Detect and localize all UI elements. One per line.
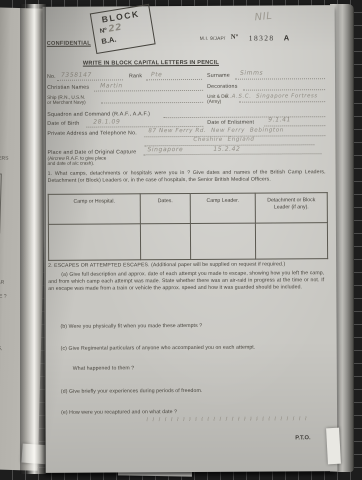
field-label-squadron: Squadron and Command (R.A.F., A.A.F.) (47, 111, 150, 118)
column-header-dates: Dates. (140, 193, 190, 223)
field-line (143, 153, 321, 155)
field-line (94, 90, 203, 92)
field-value-unit: R.A.S.C. Singapore Fortress (225, 93, 318, 100)
field-label-christian-names: Christian Names (47, 85, 89, 91)
form-instruction-heading: WRITE IN BLOCK CAPITAL LETTERS IN PENCIL (71, 60, 231, 67)
field-value-address-line1: 87 New Ferry Rd. New Ferry Bebington (148, 127, 284, 134)
field-line (101, 102, 203, 104)
field-line (243, 89, 325, 91)
camps-table-header-row: Camp or Hospital. Dates. Camp Leader. De… (48, 193, 327, 225)
field-value-christian-names: Martin (100, 82, 123, 89)
underpage-text-fragment: WAR (0, 279, 4, 285)
underpage-text-fragment: APE ? (0, 293, 7, 299)
field-value-no: 7358147 (61, 72, 92, 79)
nil-handwritten-note: NIL (254, 11, 273, 24)
field-line (264, 125, 325, 126)
field-label-date-of-enlistment: Date of Enlistment (207, 120, 254, 126)
faint-handwriting-scribble (145, 416, 307, 421)
page-fold-crease (20, 4, 46, 474)
reference-suffix: A (284, 33, 289, 42)
reference-prefix: M.I. 9/JAP/ (200, 37, 226, 43)
column-header-detachment-leader: Detachment or Block Leader (if any). (255, 193, 327, 223)
field-label-rank: Rank (129, 73, 142, 79)
section2-item-b: (b) Were you physically fit when you mad… (61, 323, 203, 331)
field-label-ship-2: or Merchant Navy) (47, 100, 86, 106)
field-line (57, 79, 123, 80)
section2-item-d: (d) Give briefly your experiences during… (61, 388, 202, 396)
field-line (146, 79, 202, 80)
field-line (239, 101, 325, 103)
section2-item-c2: What happened to them ? (73, 365, 135, 373)
field-line (163, 116, 325, 118)
empty-cell (255, 223, 327, 259)
camps-table: Camp or Hospital. Dates. Camp Leader. De… (48, 192, 328, 261)
section2-heading: 2. ESCAPES OR ATTEMPTED ESCAPES. (Additi… (48, 261, 327, 270)
loose-paper-tab (326, 428, 341, 465)
empty-cell (48, 224, 140, 261)
column-header-camp-leader: Camp Leader. (190, 193, 255, 223)
field-label-unit-2: (Army) (207, 99, 221, 105)
reference-no-label: Nº (231, 34, 239, 42)
field-value-capture: Singapore 15.2.42 (147, 146, 240, 154)
field-line (235, 78, 325, 80)
section2-item-c: (c) Give Regimental particulars of anyon… (61, 345, 256, 353)
field-value-rank: Pte (151, 71, 163, 78)
reference-number: 18328 (249, 33, 275, 42)
pto-label: P.T.O. (295, 435, 310, 441)
empty-cell (190, 223, 255, 259)
field-label-capture-3: and date of a/c crash). (48, 161, 95, 167)
stamp-no-label: Nº (99, 27, 107, 35)
field-label-no: No. (47, 74, 56, 80)
photo-of-document: { "stamp": { "line1": "BLOCK", "no_label… (0, 0, 362, 480)
confidential-marking: CONFIDENTIAL (47, 41, 91, 48)
section2-item-a: (a) Give full description and approx. da… (48, 270, 324, 293)
underpage-text-fragment: ERS (0, 155, 9, 161)
pow-questionnaire-form: CONFIDENTIAL BLOCK Nº 22 B.A. NIL M.I. 9… (43, 5, 338, 473)
field-value-date-of-enlistment: 9.1.41 (268, 116, 291, 123)
field-label-decorations: Decorations (207, 84, 238, 90)
underpage-table-fragment (0, 173, 2, 234)
camps-table-empty-row (48, 223, 327, 261)
underpage-text-fragment: PES, (0, 345, 2, 351)
field-value-surname: Simms (240, 70, 263, 77)
field-label-private-address: Private Address and Telephone No. (47, 130, 137, 137)
field-label-surname: Surname (207, 73, 230, 79)
empty-cell (140, 223, 190, 259)
column-header-camp-or-hospital: Camp or Hospital. (48, 194, 140, 225)
block-number-stamp: BLOCK Nº 22 B.A. (90, 4, 156, 54)
field-value-address-line2: Cheshire England (193, 137, 254, 143)
section1-question-text: 1. What camps, detachments or hospitals … (48, 169, 326, 185)
section2-item-e: (e) How were you recaptured and on what … (61, 409, 177, 417)
field-value-date-of-birth: 28.1.09 (93, 118, 120, 125)
field-label-date-of-birth: Date of Birth (47, 121, 79, 127)
